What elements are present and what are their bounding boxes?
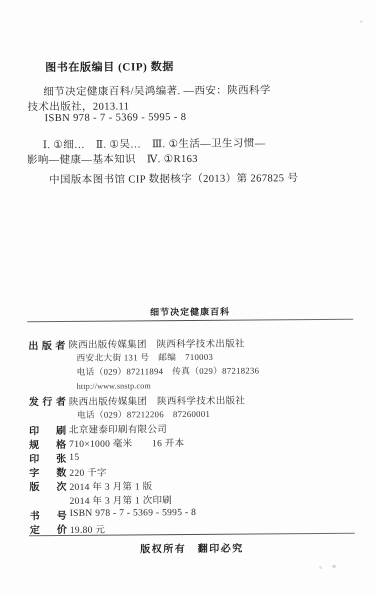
row-label: 印刷 [29, 422, 66, 437]
row-value: 2014 年 3 月第 1 次印刷 [67, 492, 173, 507]
website-url: http://www.snstp.com [66, 381, 151, 391]
divider-top-rule [27, 319, 353, 323]
cip-classification-line-2: 影响—健康—基本知识 Ⅳ. ①R163 [27, 151, 198, 167]
cip-record-number-line: 中国版本图书馆 CIP 数据核字（2013）第 267825 号 [49, 170, 298, 187]
row-label: 书号 [30, 507, 67, 522]
cip-classification-line-1: Ⅰ. ①细… Ⅱ. ①吴… Ⅲ. ①生活—卫生习惯— [43, 135, 266, 152]
scan-speck [360, 21, 363, 23]
row-value: 220 千字 [66, 464, 107, 478]
cip-heading: 图书在版编目 (CIP) 数据 [45, 58, 174, 75]
row-value: 陕西出版传媒集团 陕西科学技术出版社 [66, 392, 246, 407]
row-label: 定价 [30, 521, 67, 536]
scan-speck [332, 565, 336, 568]
cip-entry-line-1: 细节决定健康百科/吴鸿编著. —西安：陕西科学 [43, 82, 270, 99]
row-value: 19.80 元 [67, 521, 105, 535]
row-value: ISBN 978 - 7 - 5369 - 5995 - 8 [67, 508, 197, 519]
row-value: 北京建泰印刷有限公司 [66, 421, 167, 436]
row-value: 电话（029）87212206 87260001 [66, 408, 210, 421]
row-label: 字数 [29, 464, 66, 479]
row-value: 西安北大街 131 号 邮编 710003 [65, 351, 213, 364]
scan-speck [319, 566, 322, 569]
book-copyright-page: 图书在版编目 (CIP) 数据 细节决定健康百科/吴鸿编著. —西安：陕西科学 … [0, 0, 375, 595]
scanned-page-content: 图书在版编目 (CIP) 数据 细节决定健康百科/吴鸿编著. —西安：陕西科学 … [0, 0, 375, 595]
row-label: 印张 [29, 450, 66, 465]
row-label: 规格 [29, 436, 66, 451]
row-label: 发行者 [29, 393, 66, 408]
row-value: 陕西出版传媒集团 陕西科学技术出版社 [65, 336, 245, 351]
copyright-notice: 版权所有 翻印必究 [29, 539, 355, 557]
colophon-table: 出版者 陕西出版传媒集团 陕西科学技术出版社 西安北大街 131 号 邮编 71… [28, 335, 360, 536]
row-value: 710×1000 毫米 16 开本 [66, 435, 184, 450]
cip-isbn-line: ISBN 978 - 7 - 5369 - 5995 - 8 [45, 112, 187, 124]
row-value: 2014 年 3 月第 1 版 [66, 478, 152, 493]
row-value: 15 [66, 452, 79, 462]
row-label: 出版者 [28, 337, 65, 352]
row-label: 版次 [29, 478, 66, 493]
row-value: 电话（029）87211894 传真（029）87218236 [66, 365, 260, 379]
book-title-running-head: 细节决定健康百科 [27, 304, 353, 320]
